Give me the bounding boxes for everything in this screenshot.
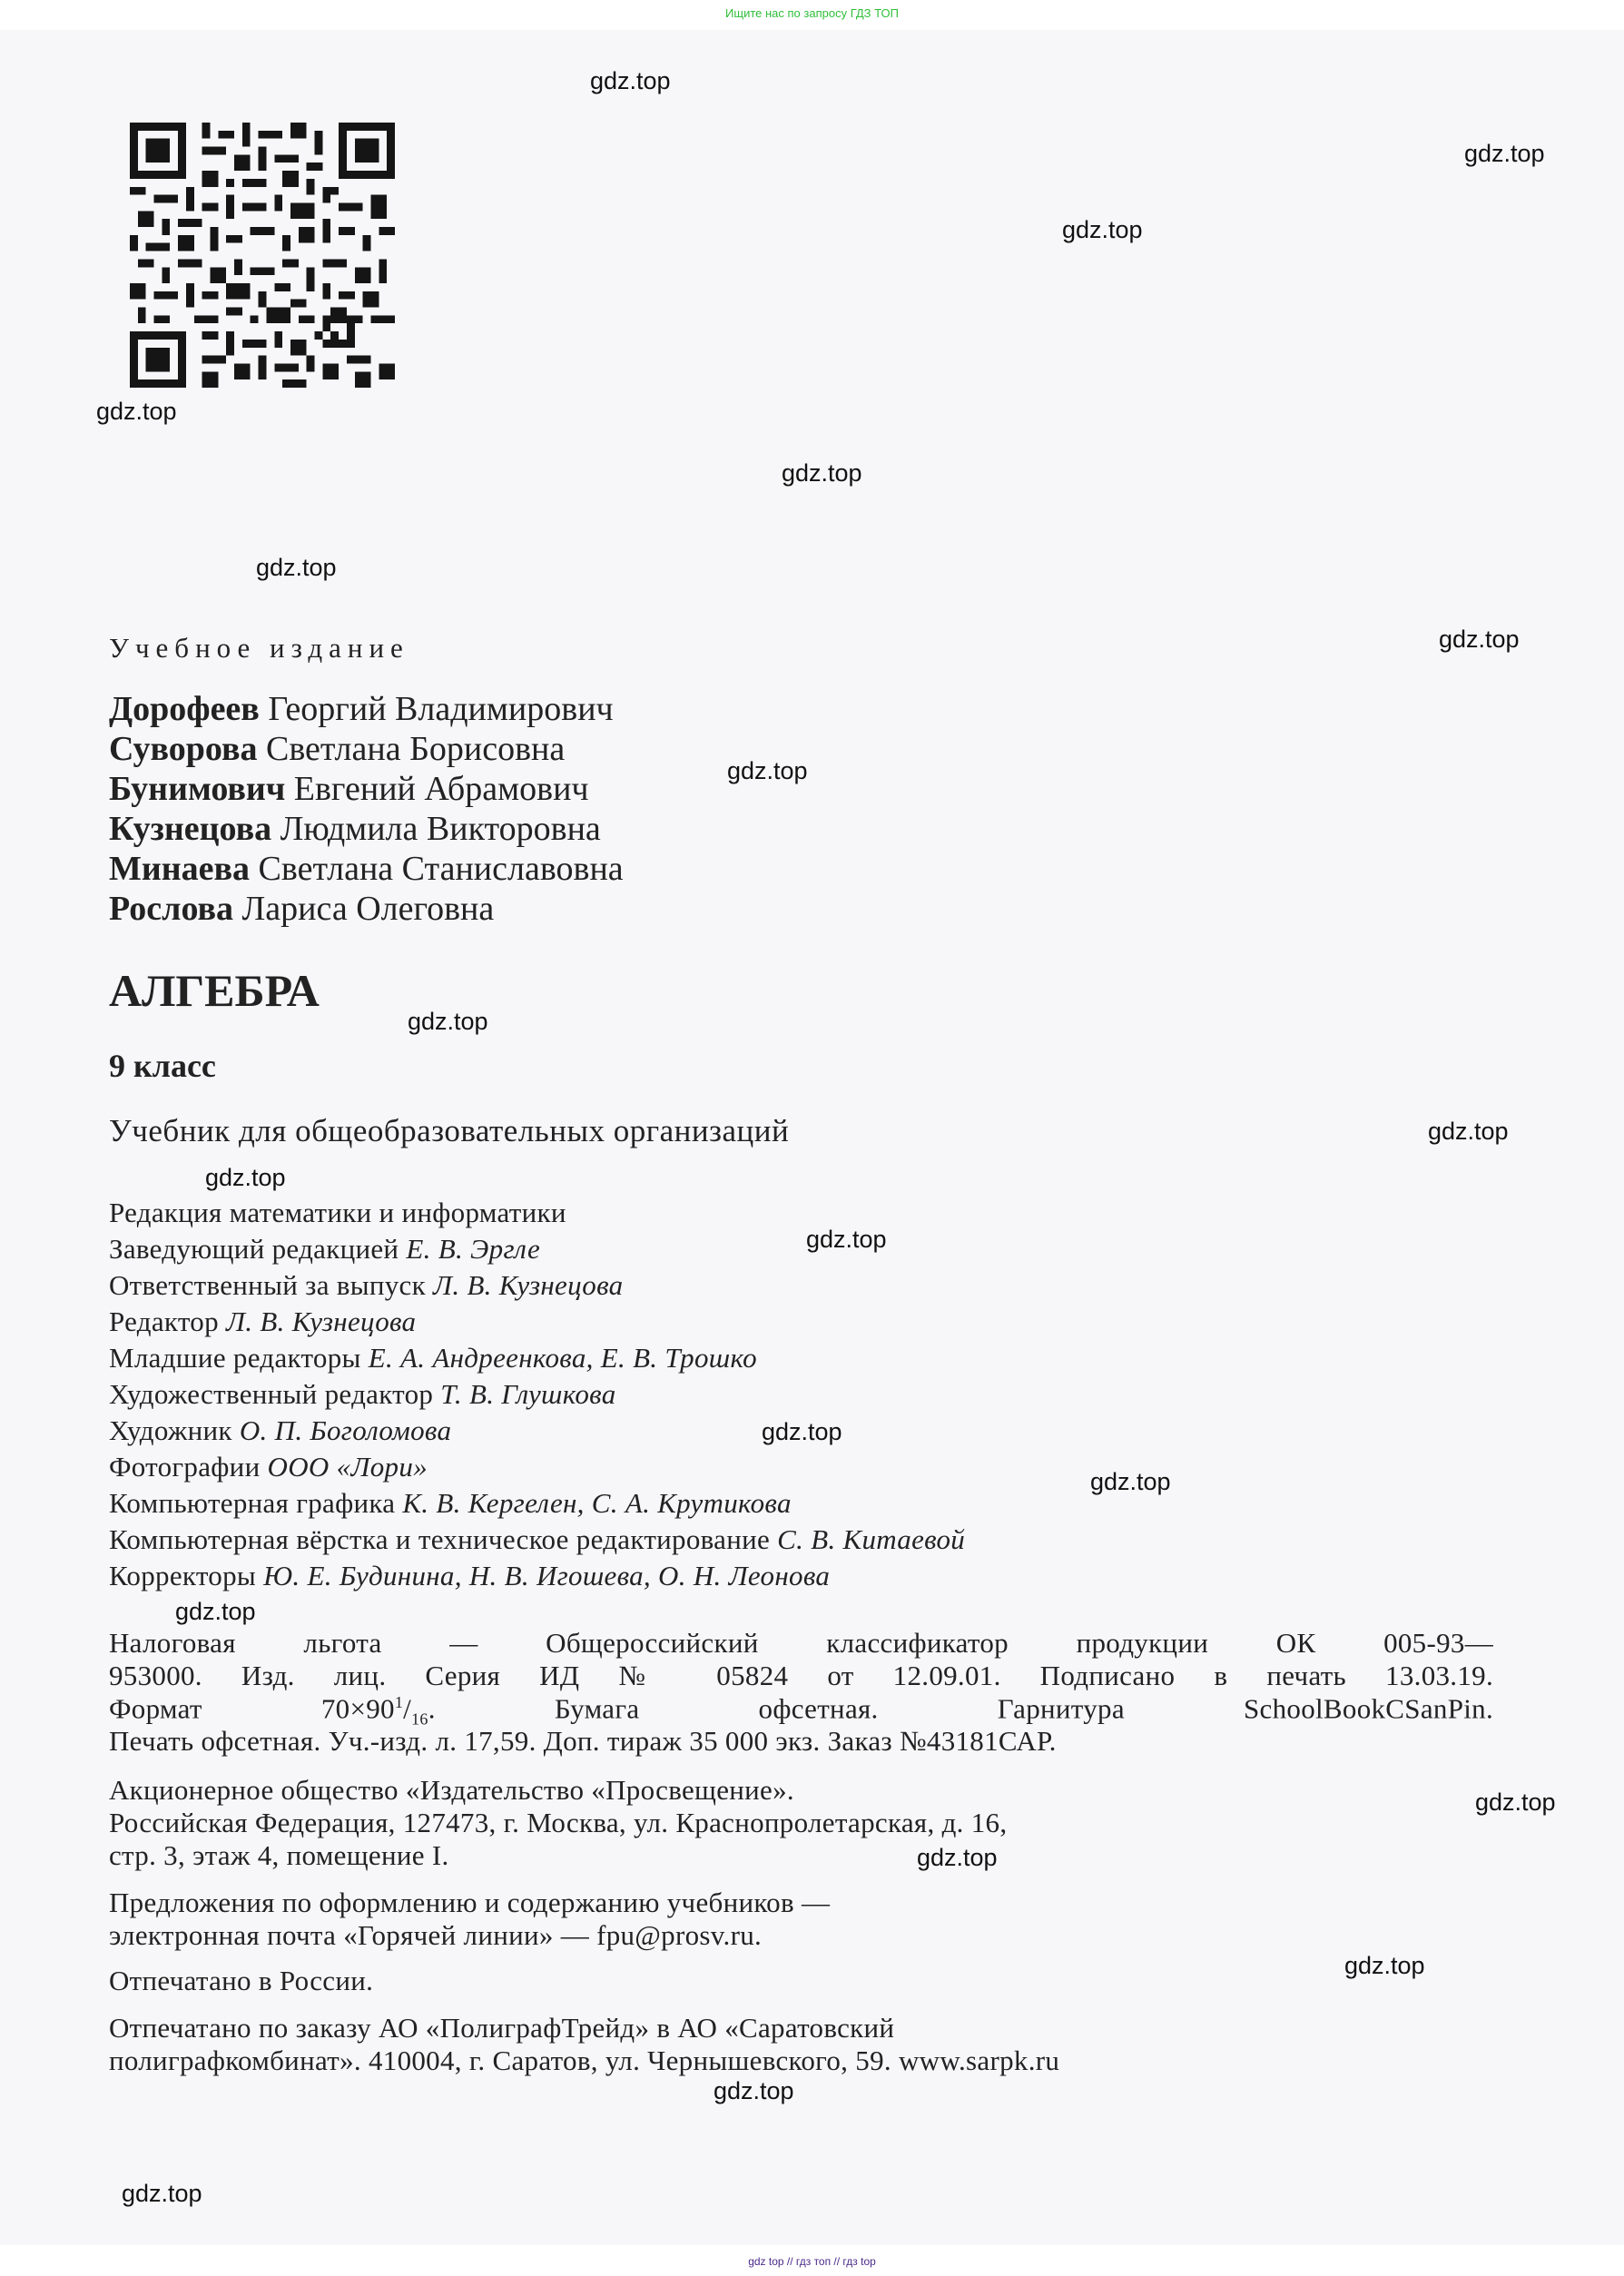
publisher-line: Российская Федерация, 127473, г. Москва,… bbox=[109, 1808, 1007, 1837]
watermark: gdz.top bbox=[714, 2079, 794, 2104]
author-given-name: Георгий Владимирович bbox=[268, 690, 613, 728]
author-surname: Минаева bbox=[109, 850, 250, 888]
watermark: gdz.top bbox=[590, 69, 671, 94]
credit-names: С. В. Китаевой bbox=[777, 1523, 965, 1555]
credit-role: Заведующий редакцией bbox=[109, 1233, 399, 1265]
credit-line: Компьютерная вёрстка и техническое редак… bbox=[109, 1525, 965, 1553]
printer-line: Отпечатано по заказу АО «ПолиграфТрейд» … bbox=[109, 2014, 894, 2042]
credit-line: Художник О. П. Боголомова bbox=[109, 1416, 451, 1444]
book-title: АЛГЕБРА bbox=[109, 968, 320, 1013]
credit-line: Художественный редактор Т. В. Глушкова bbox=[109, 1380, 616, 1408]
feedback-email-line: электронная почта «Горячей линии» — fpu@… bbox=[109, 1921, 762, 1949]
watermark: gdz.top bbox=[1428, 1119, 1509, 1144]
watermark: gdz.top bbox=[1090, 1470, 1171, 1494]
credit-role: Компьютерная вёрстка и техническое редак… bbox=[109, 1523, 770, 1555]
watermark: gdz.top bbox=[917, 1846, 998, 1870]
author-given-name: Евгений Абрамович bbox=[294, 770, 589, 808]
book-subtitle: Учебник для общеобразовательных организа… bbox=[109, 1115, 789, 1147]
credit-names: Л. В. Кузнецова bbox=[433, 1269, 623, 1301]
credit-names: Т. В. Глушкова bbox=[440, 1378, 615, 1410]
credit-names: К. В. Кергелен, С. А. Крутикова bbox=[402, 1487, 791, 1519]
edition-type: Учебное издание bbox=[109, 634, 409, 662]
imprint-format-line: Формат 70×901/16. Бумага офсетная. Гарни… bbox=[109, 1694, 1493, 1728]
top-banner-text[interactable]: Ищите нас по запросу ГДЗ ТОП bbox=[725, 6, 899, 20]
credit-role: Редакция математики и информатики bbox=[109, 1197, 566, 1228]
credit-names: ООО «Лори» bbox=[268, 1451, 428, 1483]
watermark: gdz.top bbox=[1344, 1954, 1425, 1978]
author: Минаева Светлана Станиславовна bbox=[109, 852, 624, 886]
watermark: gdz.top bbox=[1439, 627, 1520, 652]
author: Рослова Лариса Олеговна bbox=[109, 892, 494, 926]
author-surname: Суворова bbox=[109, 730, 257, 768]
format-label: Формат bbox=[109, 1692, 202, 1724]
format-numerator: 1 bbox=[395, 1693, 403, 1711]
watermark: gdz.top bbox=[1464, 142, 1545, 166]
watermark: gdz.top bbox=[1475, 1790, 1556, 1815]
format-rest: . Бумага офсетная. Гарнитура SchoolBookC… bbox=[428, 1692, 1493, 1724]
author: Суворова Светлана Борисовна bbox=[109, 732, 565, 766]
credit-line: Компьютерная графика К. В. Кергелен, С. … bbox=[109, 1489, 792, 1517]
imprint-line: Печать офсетная. Уч.-изд. л. 17,59. Доп.… bbox=[109, 1727, 1057, 1755]
watermark: gdz.top bbox=[806, 1227, 887, 1252]
author-surname: Бунимович bbox=[109, 770, 285, 808]
author-given-name: Лариса Олеговна bbox=[242, 890, 495, 928]
printer-line: полиграфкомбинат». 410004, г. Саратов, у… bbox=[109, 2046, 1059, 2074]
credit-line: Редакция математики и информатики bbox=[109, 1198, 566, 1227]
author: Дорофеев Георгий Владимирович bbox=[109, 692, 614, 726]
printed-in: Отпечатано в России. bbox=[109, 1966, 373, 1995]
credit-role: Ответственный за выпуск bbox=[109, 1269, 426, 1301]
credit-line: Редактор Л. В. Кузнецова bbox=[109, 1307, 416, 1335]
watermark: gdz.top bbox=[96, 399, 177, 424]
imprint-line: 953000. Изд. лиц. Серия ИД № 05824 от 12… bbox=[109, 1661, 1493, 1690]
publisher-line: стр. 3, этаж 4, помещение I. bbox=[109, 1841, 449, 1869]
book-grade: 9 класс bbox=[109, 1049, 216, 1082]
author-surname: Рослова bbox=[109, 890, 233, 928]
top-banner: Ищите нас по запросу ГДЗ ТОП bbox=[0, 0, 1624, 30]
watermark: gdz.top bbox=[727, 759, 808, 783]
author-surname: Кузнецова bbox=[109, 810, 271, 848]
author: Кузнецова Людмила Викторовна bbox=[109, 812, 601, 846]
watermark: gdz.top bbox=[256, 556, 337, 580]
watermark: gdz.top bbox=[1062, 218, 1143, 242]
credit-line: Младшие редакторы Е. А. Андреенкова, Е. … bbox=[109, 1344, 757, 1372]
credit-role: Художественный редактор bbox=[109, 1378, 433, 1410]
qr-code-icon bbox=[127, 123, 398, 388]
credit-line: Фотографии ООО «Лори» bbox=[109, 1453, 428, 1481]
credit-role: Компьютерная графика bbox=[109, 1487, 395, 1519]
imprint-line: Налоговая льгота — Общероссийский класси… bbox=[109, 1629, 1493, 1657]
credit-role: Редактор bbox=[109, 1305, 219, 1337]
author-given-name: Светлана Борисовна bbox=[266, 730, 565, 768]
credit-line: Заведующий редакцией Е. В. Эргле bbox=[109, 1235, 540, 1263]
watermark: gdz.top bbox=[782, 461, 862, 486]
credit-names: Л. В. Кузнецова bbox=[226, 1305, 416, 1337]
author-surname: Дорофеев bbox=[109, 690, 260, 728]
author: Бунимович Евгений Абрамович bbox=[109, 772, 589, 806]
publisher-line: Акционерное общество «Издательство «Прос… bbox=[109, 1776, 794, 1804]
credit-names: Е. А. Андреенкова, Е. В. Трошко bbox=[369, 1342, 757, 1374]
format-value: 70×90 bbox=[321, 1692, 395, 1724]
watermark: gdz.top bbox=[762, 1420, 842, 1444]
watermark: gdz.top bbox=[408, 1010, 488, 1034]
credit-line: Корректоры Ю. Е. Будинина, Н. В. Игошева… bbox=[109, 1562, 830, 1590]
credit-names: Е. В. Эргле bbox=[406, 1233, 540, 1265]
credit-line: Ответственный за выпуск Л. В. Кузнецова bbox=[109, 1271, 623, 1299]
credit-names: О. П. Боголомова bbox=[240, 1414, 451, 1446]
credit-role: Художник bbox=[109, 1414, 232, 1446]
watermark: gdz.top bbox=[122, 2182, 202, 2206]
feedback-line: Предложения по оформлению и содержанию у… bbox=[109, 1888, 830, 1916]
credit-role: Корректоры bbox=[109, 1560, 256, 1591]
watermark: gdz.top bbox=[205, 1166, 286, 1190]
author-given-name: Светлана Станиславовна bbox=[259, 850, 624, 888]
author-given-name: Людмила Викторовна bbox=[281, 810, 601, 848]
credit-names: Ю. Е. Будинина, Н. В. Игошева, О. Н. Лео… bbox=[263, 1560, 830, 1591]
watermark: gdz.top bbox=[175, 1600, 256, 1624]
credit-role: Фотографии bbox=[109, 1451, 260, 1483]
credit-role: Младшие редакторы bbox=[109, 1342, 361, 1374]
footer-banner: gdz top // гдз топ // гдз top bbox=[0, 2245, 1624, 2276]
footer-banner-text[interactable]: gdz top // гдз топ // гдз top bbox=[748, 2255, 876, 2268]
